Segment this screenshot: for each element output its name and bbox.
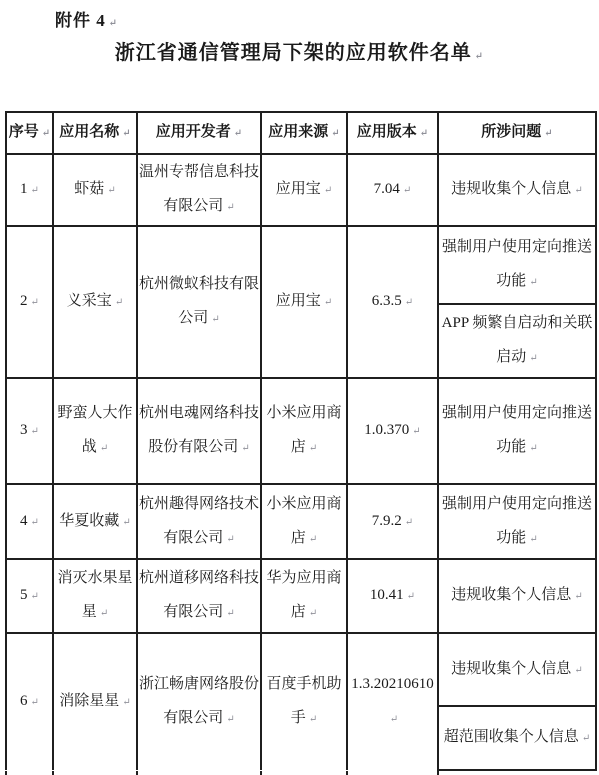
cell-seq: 6 bbox=[6, 633, 53, 770]
cell-developer: 杭州电魂网络科技股份有限公司 bbox=[137, 378, 261, 484]
col-header-app-name: 应用名称 bbox=[53, 112, 137, 154]
cell-version-text: 10.41 bbox=[370, 587, 415, 603]
col-header-developer: 应用开发者 bbox=[137, 112, 261, 154]
cell-issue-text: 违规收集个人信息 bbox=[451, 181, 582, 197]
cell-seq: 5 bbox=[6, 559, 53, 633]
cell-issue: APP 频繁自启动和关联启动 bbox=[438, 304, 596, 378]
cell-issue: 超范围收集个人信息 bbox=[438, 706, 596, 770]
header-label: 应用版本 bbox=[357, 124, 428, 140]
cell-app-name-text: 野蛮人大作战 bbox=[57, 405, 132, 455]
cell-issue-text: APP 频繁自启动和关联启动 bbox=[442, 315, 593, 365]
border-stub bbox=[5, 771, 7, 775]
cell-developer: 杭州趣得网络技术有限公司 bbox=[137, 484, 261, 559]
cell-source: 华为应用商店 bbox=[261, 559, 347, 633]
table-row: 6消除星星浙江畅唐网络股份有限公司百度手机助手1.3.20210610违规收集个… bbox=[6, 633, 596, 706]
table-row: 5消灭水果星星杭州道移网络科技有限公司华为应用商店10.41违规收集个人信息 bbox=[6, 559, 596, 633]
cell-issue-text: 违规收集个人信息 bbox=[451, 587, 582, 603]
border-stub bbox=[437, 771, 439, 775]
cell-source-text: 小米应用商店 bbox=[266, 496, 341, 546]
cell-version: 1.3.20210610 bbox=[347, 633, 438, 770]
header-label: 序号 bbox=[9, 124, 50, 140]
header-label: 应用来源 bbox=[268, 124, 339, 140]
cell-version-text: 1.0.370 bbox=[364, 422, 420, 438]
cell-app-name: 虾菇 bbox=[53, 154, 137, 226]
cell-issue-text: 强制用户使用定向推送功能 bbox=[442, 496, 592, 546]
cell-seq-text: 1 bbox=[20, 181, 39, 197]
col-header-issues: 所涉问题 bbox=[438, 112, 596, 154]
cell-issue-text: 强制用户使用定向推送功能 bbox=[442, 239, 592, 289]
cell-seq: 1 bbox=[6, 154, 53, 226]
col-header-version: 应用版本 bbox=[347, 112, 438, 154]
cell-seq: 3 bbox=[6, 378, 53, 484]
cell-seq-text: 6 bbox=[20, 693, 39, 709]
cell-version-text: 7.9.2 bbox=[372, 513, 413, 529]
cell-seq-text: 2 bbox=[20, 293, 39, 309]
cell-source-text: 百度手机助手 bbox=[266, 676, 341, 726]
cell-app-name: 华夏收藏 bbox=[53, 484, 137, 559]
cell-developer-text: 杭州趣得网络技术有限公司 bbox=[139, 496, 259, 546]
cell-seq-text: 3 bbox=[20, 422, 39, 438]
cell-app-name-text: 消除星星 bbox=[59, 693, 130, 709]
header-label: 应用开发者 bbox=[156, 124, 242, 140]
cell-source-text: 应用宝 bbox=[276, 293, 332, 309]
cell-seq-text: 5 bbox=[20, 587, 39, 603]
cell-version: 1.0.370 bbox=[347, 378, 438, 484]
cell-source-text: 小米应用商店 bbox=[266, 405, 341, 455]
cell-source: 应用宝 bbox=[261, 154, 347, 226]
cell-version: 7.9.2 bbox=[347, 484, 438, 559]
cell-developer: 杭州微蚁科技有限公司 bbox=[137, 226, 261, 378]
cell-developer-text: 浙江畅唐网络股份有限公司 bbox=[139, 676, 259, 726]
cell-app-name-text: 消灭水果星星 bbox=[57, 570, 132, 620]
border-stub bbox=[260, 771, 262, 775]
cell-version: 6.3.5 bbox=[347, 226, 438, 378]
cell-source: 应用宝 bbox=[261, 226, 347, 378]
cell-app-name: 消除星星 bbox=[53, 633, 137, 770]
col-header-seq: 序号 bbox=[6, 112, 53, 154]
cell-version-text: 6.3.5 bbox=[372, 293, 413, 309]
cell-app-name: 野蛮人大作战 bbox=[53, 378, 137, 484]
table-header: 序号应用名称应用开发者应用来源应用版本所涉问题 bbox=[6, 112, 596, 154]
cell-developer-text: 温州专帮信息科技有限公司 bbox=[139, 164, 259, 214]
cell-seq-text: 4 bbox=[20, 513, 39, 529]
cell-app-name: 义采宝 bbox=[53, 226, 137, 378]
header-label: 应用名称 bbox=[59, 124, 130, 140]
cell-issue: 强制用户使用定向推送功能 bbox=[438, 378, 596, 484]
cell-developer: 浙江畅唐网络股份有限公司 bbox=[137, 633, 261, 770]
cell-developer-text: 杭州电魂网络科技股份有限公司 bbox=[139, 405, 259, 455]
cell-app-name: 消灭水果星星 bbox=[53, 559, 137, 633]
cell-source-text: 应用宝 bbox=[276, 181, 332, 197]
cell-seq: 2 bbox=[6, 226, 53, 378]
cell-issue: 违规收集个人信息 bbox=[438, 559, 596, 633]
cell-source: 小米应用商店 bbox=[261, 484, 347, 559]
border-stub bbox=[136, 771, 138, 775]
cell-app-name-text: 华夏收藏 bbox=[59, 513, 130, 529]
cell-app-name-text: 虾菇 bbox=[74, 181, 115, 197]
cell-version: 10.41 bbox=[347, 559, 438, 633]
cell-app-name-text: 义采宝 bbox=[67, 293, 123, 309]
border-stub bbox=[52, 771, 54, 775]
cell-issue-text: 超范围收集个人信息 bbox=[444, 729, 590, 745]
table-row: 2义采宝杭州微蚁科技有限公司应用宝6.3.5强制用户使用定向推送功能 bbox=[6, 226, 596, 304]
cell-version-text: 1.3.20210610 bbox=[351, 676, 434, 726]
cell-issue: 违规收集个人信息 bbox=[438, 633, 596, 706]
col-header-source: 应用来源 bbox=[261, 112, 347, 154]
table-row: 1虾菇温州专帮信息科技有限公司应用宝7.04违规收集个人信息 bbox=[6, 154, 596, 226]
cell-source: 百度手机助手 bbox=[261, 633, 347, 770]
cell-issue: 强制用户使用定向推送功能 bbox=[438, 484, 596, 559]
page-title: 浙江省通信管理局下架的应用软件名单 bbox=[0, 36, 599, 65]
cell-developer-text: 杭州道移网络科技有限公司 bbox=[139, 570, 259, 620]
table-container: 序号应用名称应用开发者应用来源应用版本所涉问题 1虾菇温州专帮信息科技有限公司应… bbox=[5, 111, 595, 775]
cell-seq: 4 bbox=[6, 484, 53, 559]
apps-table: 序号应用名称应用开发者应用来源应用版本所涉问题 1虾菇温州专帮信息科技有限公司应… bbox=[5, 111, 597, 771]
cell-issue: 强制用户使用定向推送功能 bbox=[438, 226, 596, 304]
cell-issue: 违规收集个人信息 bbox=[438, 154, 596, 226]
cell-developer: 杭州道移网络科技有限公司 bbox=[137, 559, 261, 633]
border-stubs bbox=[5, 771, 595, 775]
cell-version-text: 7.04 bbox=[374, 181, 412, 197]
cell-version: 7.04 bbox=[347, 154, 438, 226]
header-row: 序号应用名称应用开发者应用来源应用版本所涉问题 bbox=[6, 112, 596, 154]
header-label: 所涉问题 bbox=[481, 124, 552, 140]
attachment-label: 附件 4 bbox=[55, 6, 118, 31]
cell-issue-text: 强制用户使用定向推送功能 bbox=[442, 405, 592, 455]
table-row: 4华夏收藏杭州趣得网络技术有限公司小米应用商店7.9.2强制用户使用定向推送功能 bbox=[6, 484, 596, 559]
cell-issue-text: 违规收集个人信息 bbox=[451, 661, 582, 677]
cell-source: 小米应用商店 bbox=[261, 378, 347, 484]
cell-developer: 温州专帮信息科技有限公司 bbox=[137, 154, 261, 226]
border-stub bbox=[346, 771, 348, 775]
cell-developer-text: 杭州微蚁科技有限公司 bbox=[139, 276, 259, 326]
table-row: 3野蛮人大作战杭州电魂网络科技股份有限公司小米应用商店1.0.370强制用户使用… bbox=[6, 378, 596, 484]
cell-source-text: 华为应用商店 bbox=[266, 570, 341, 620]
